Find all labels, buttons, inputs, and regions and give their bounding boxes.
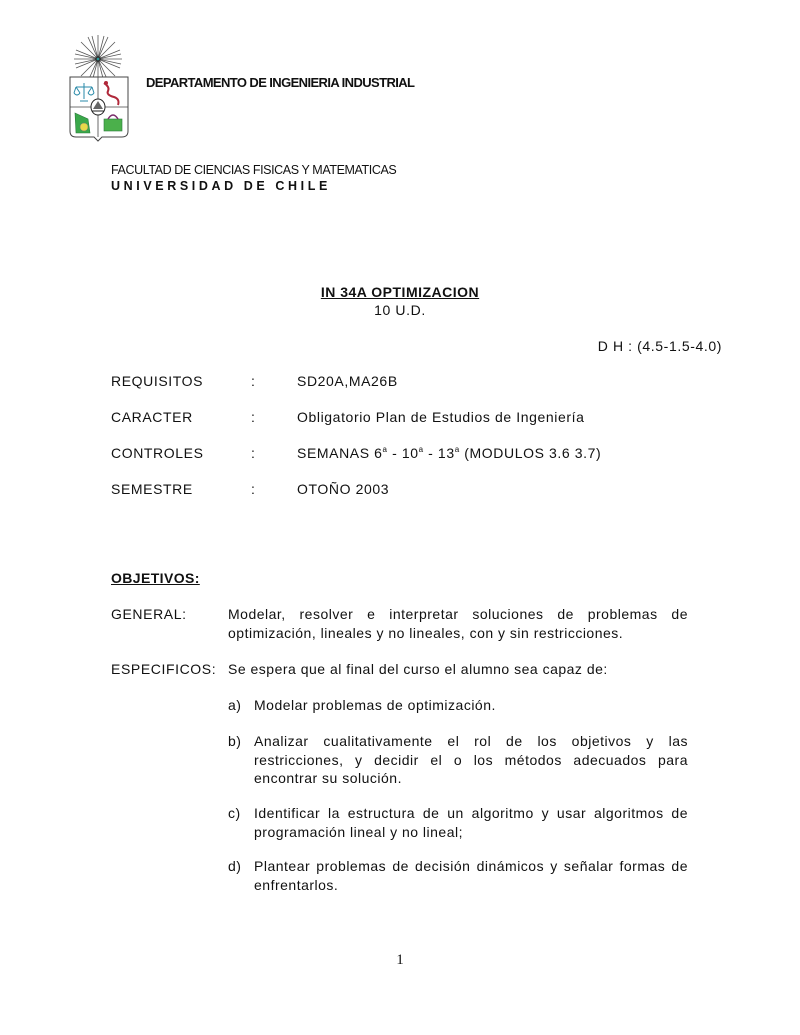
info-value: SEMANAS 6a - 10a - 13a (MODULOS 3.6 3.7) [297,445,601,461]
course-units: 10 U.D. [0,302,800,318]
list-marker: d) [228,857,241,876]
info-row-controles: CONTROLES : SEMANAS 6a - 10a - 13a (MODU… [111,445,731,465]
info-row-requisitos: REQUISITOS : SD20A,MA26B [111,373,731,393]
faculty-name: FACULTAD DE CIENCIAS FISICAS Y MATEMATIC… [111,163,396,177]
info-colon: : [251,373,256,389]
list-marker: b) [228,732,241,751]
list-item: a) Modelar problemas de optimización. [228,696,688,715]
info-row-caracter: CARACTER : Obligatorio Plan de Estudios … [111,409,731,429]
list-marker: a) [228,696,241,715]
list-item: d) Plantear problemas de decisión dinámi… [228,857,688,894]
info-colon: : [251,481,256,497]
university-name: UNIVERSIDAD DE CHILE [111,179,331,193]
info-value: SD20A,MA26B [297,373,398,389]
general-text: Modelar, resolver e interpretar solucion… [228,605,688,642]
coat-of-arms-icon [66,33,134,143]
info-label: SEMESTRE [111,481,193,497]
info-label: CONTROLES [111,445,204,461]
specific-label: ESPECIFICOS: [111,661,216,677]
university-logo [66,33,134,143]
objectives-heading: OBJETIVOS: [111,570,200,586]
controles-week: - 10 [388,445,419,461]
list-item-text: Plantear problemas de decisión dinámicos… [254,857,688,894]
controles-prefix: SEMANAS 6 [297,445,383,461]
list-item: c) Identificar la estructura de un algor… [228,804,688,841]
specific-intro: Se espera que al final del curso el alum… [228,660,688,679]
list-item-text: Analizar cualitativamente el rol de los … [254,732,688,788]
list-marker: c) [228,804,241,823]
list-item-text: Modelar problemas de optimización. [254,696,688,715]
page-number: 1 [0,952,800,969]
course-title: IN 34A OPTIMIZACION [0,284,800,300]
course-hours: D H : (4.5-1.5-4.0) [598,338,722,354]
list-item: b) Analizar cualitativamente el rol de l… [228,732,688,788]
general-label: GENERAL: [111,606,187,622]
course-title-text: IN 34A OPTIMIZACION [321,284,479,300]
list-item-text: Identificar la estructura de un algoritm… [254,804,688,841]
info-value: OTOÑO 2003 [297,481,389,497]
info-label: CARACTER [111,409,193,425]
controles-modules: (MODULOS 3.6 3.7) [460,445,602,461]
info-row-semestre: SEMESTRE : OTOÑO 2003 [111,481,731,501]
controles-week: - 13 [424,445,455,461]
info-colon: : [251,409,256,425]
info-label: REQUISITOS [111,373,203,389]
info-colon: : [251,445,256,461]
info-value: Obligatorio Plan de Estudios de Ingenier… [297,409,584,425]
department-name: DEPARTAMENTO DE INGENIERIA INDUSTRIAL [146,75,414,90]
